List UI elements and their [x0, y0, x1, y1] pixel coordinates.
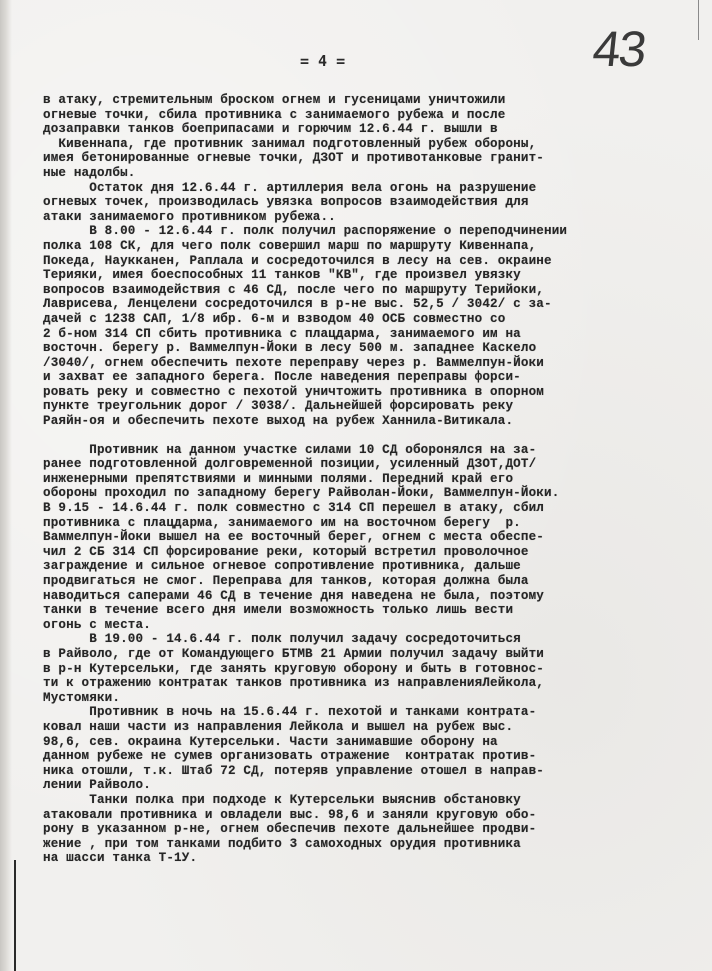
text-line: в атаку, стремительным броском огнем и г… — [43, 93, 683, 108]
text-line: полка 108 СК, для чего полк совершил мар… — [43, 239, 683, 254]
text-line: Остаток дня 12.6.44 г. артиллерия вела о… — [43, 181, 683, 196]
paragraph-p3: В 8.00 - 12.6.44 г. полк получил распоря… — [43, 224, 683, 428]
paragraph-p4: Противник на данном участке силами 10 СД… — [43, 443, 683, 633]
text-line: 98,6, сев. окраина Кутерсельки. Части за… — [43, 735, 683, 750]
text-line: В 8.00 - 12.6.44 г. полк получил распоря… — [43, 224, 683, 239]
text-line: 2 б-ном 314 СП сбить противника с плацда… — [43, 327, 683, 342]
text-line: дозаправки танков боеприпасами и горючим… — [43, 122, 683, 137]
text-line: пункте треугольник дорог / 3038/. Дальне… — [43, 399, 683, 414]
text-line: Покеда, Наукканен, Раплала и сосредоточи… — [43, 254, 683, 269]
text-line: Терияки, имея боеспособных 11 танков "КВ… — [43, 268, 683, 283]
text-line: дачей с 1238 САП, 1/8 ибр. 6-м и взводом… — [43, 312, 683, 327]
text-line: Танки полка при подходе к Кутерсельки вы… — [43, 793, 683, 808]
text-line: огневые точки, сбила противника с занима… — [43, 108, 683, 123]
paragraph-p5: В 19.00 - 14.6.44 г. полк получил задачу… — [43, 632, 683, 705]
paragraph-p1: в атаку, стремительным броском огнем и г… — [43, 93, 683, 181]
text-line: В 9.15 - 14.6.44 г. полк совместно с 314… — [43, 501, 683, 516]
text-line: Противник на данном участке силами 10 СД… — [43, 443, 683, 458]
text-line: танки в течение всего дня имели возможно… — [43, 603, 683, 618]
text-line: наводиться саперами 46 СД в течение дня … — [43, 589, 683, 604]
text-line: в р-н Кутерсельки, где занять круговую о… — [43, 662, 683, 677]
page-number: = 4 = — [300, 52, 345, 70]
text-line: огонь с места. — [43, 618, 683, 633]
text-line: восточн. берегу р. Ваммелпун-Йоки в лесу… — [43, 341, 683, 356]
paragraph-p7: Танки полка при подходе к Кутерсельки вы… — [43, 793, 683, 866]
text-line: /3040/, огнем обеспечить пехоте переправ… — [43, 356, 683, 371]
text-line: ранее подготовленной долговременной пози… — [43, 457, 683, 472]
text-line: огневых точек, производилась увязка вопр… — [43, 195, 683, 210]
text-line: Ваммелпун-Йоки вышел на ее восточный бер… — [43, 530, 683, 545]
text-line: инженерными препятствиями и минными поля… — [43, 472, 683, 487]
text-line: и захват ее западного берега. После наве… — [43, 370, 683, 385]
text-line: Противник в ночь на 15.6.44 г. пехотой и… — [43, 705, 683, 720]
text-line: чил 2 СБ 314 СП форсирование реки, котор… — [43, 545, 683, 560]
text-line: ровать реку и совместно с пехотой уничто… — [43, 385, 683, 400]
text-line: Кивеннапа, где противник занимал подгото… — [43, 137, 683, 152]
text-line: лении Райволо. — [43, 778, 683, 793]
text-line: продвигаться не смог. Переправа для танк… — [43, 574, 683, 589]
text-line: данном рубеже не сумев организовать отра… — [43, 749, 683, 764]
text-line: рону в указанном р-не, огнем обеспечив п… — [43, 822, 683, 837]
text-line: на шасси танка Т-1У. — [43, 851, 683, 866]
text-line: жение , при том танками подбито 3 самохо… — [43, 837, 683, 852]
text-line: ковал наши части из направления Лейкола … — [43, 720, 683, 735]
paragraph-p2: Остаток дня 12.6.44 г. артиллерия вела о… — [43, 181, 683, 225]
text-line: заграждение и сильное огневое сопротивле… — [43, 559, 683, 574]
text-line: В 19.00 - 14.6.44 г. полк получил задачу… — [43, 632, 683, 647]
text-line: ные надолбы. — [43, 166, 683, 181]
text-line: обороны проходил по западному берегу Рай… — [43, 486, 683, 501]
page-left-edge-shadow — [0, 0, 12, 971]
text-line: ника отошли, т.к. Штаб 72 СД, потеряв уп… — [43, 764, 683, 779]
handwritten-sheet-number: 43 — [590, 20, 648, 78]
text-line: ти к отражению контратак танков противни… — [43, 676, 683, 691]
text-line: Лаврисева, Ленцелени сосредоточился в р-… — [43, 297, 683, 312]
page-right-edge-mark — [698, 0, 699, 40]
paragraph-p6: Противник в ночь на 15.6.44 г. пехотой и… — [43, 705, 683, 793]
binding-line — [14, 860, 16, 971]
document-page: 43 = 4 = в атаку, стремительным броском … — [0, 0, 712, 971]
text-line: в Райволо, где от Командующего БТМВ 21 А… — [43, 647, 683, 662]
document-body: в атаку, стремительным броском огнем и г… — [43, 93, 683, 866]
text-line: Мустомяки. — [43, 691, 683, 706]
text-line: Раяйн-оя и обеспечить пехоте выход на ру… — [43, 414, 683, 429]
text-line: атаки занимаемого противником рубежа.. — [43, 210, 683, 225]
text-line: имея бетонированные огневые точки, ДЗОТ … — [43, 151, 683, 166]
text-line: вопросов взаимодействия с 46 СД, после ч… — [43, 283, 683, 298]
text-line: атаковали противника и овладели выс. 98,… — [43, 808, 683, 823]
text-line: противника с плацдарма, занимаемого им н… — [43, 516, 683, 531]
